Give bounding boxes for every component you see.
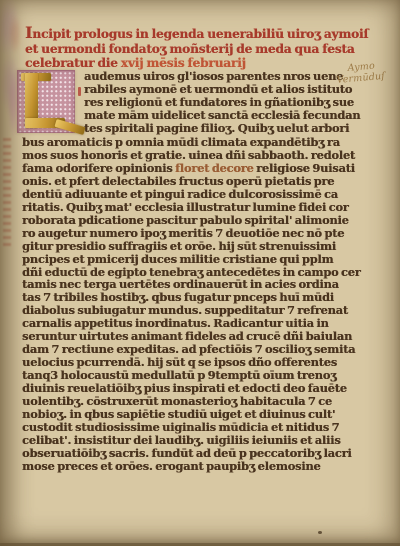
red-ink-bleedthrough [3,138,11,248]
illuminated-initial [17,70,75,133]
body-line: custodit studiosissime uiginalis mūdicia… [22,421,361,434]
text-block-main: bus aromaticis p omnia mūdi climata expa… [22,136,361,473]
body-line: ro augetur numero ipoʒ meritis 7 deuotiō… [22,227,361,240]
body-line: dentiū adiuuante et pingui radice dulcor… [22,188,361,201]
body-line: roborata pdicatione pascitur pabulo spir… [22,214,361,227]
rubric-line: et uermondi fondatoʒ moñsterij de meda q… [25,42,375,57]
body-line-segment: religiose 9uisati [254,161,355,175]
rubric-heading: Incipit prologus in legenda uenerabiliū … [25,26,375,71]
body-line: gitur presidio suffragiis et orōe. hij s… [22,240,361,253]
body-line: onis. et pfert delectabiles fructus oper… [22,175,361,188]
body-line: celibat'. insistitur dei laudibʒ. uigili… [22,434,361,447]
body-line-faded-segment: floret decore [175,161,254,175]
margin-ornament-trace [8,14,22,54]
manuscript-page: Incipit prologus in legenda uenerabiliū … [0,0,400,546]
body-line-segment: fama odorifere opinionis [22,161,175,175]
text-block-indented: audemus uiros gl'iosos parentes nros uen… [84,70,360,135]
marginal-annotation: Aymo Vermūduſ [339,58,400,85]
body-line: ritatis. Quibʒ mat' ecclesia illustratur… [22,201,361,214]
body-line: mose preces et orōes. erogant paupibʒ el… [22,460,361,473]
body-line: fama odorifere opinionis floret decore r… [22,162,361,175]
body-line: obseruatiōibʒ sacris. fundūt ad deū p pe… [22,447,361,460]
body-line: bus aromaticis p omnia mūdi climata expa… [22,136,361,149]
body-line: tes spiritali pagine filioʒ. Quibʒ uelut… [84,122,360,135]
initial-penwork-mark [78,87,81,96]
body-line: pncipes et pmicerij duces militie cristi… [22,253,361,266]
marginal-annotation-line: Vermūduſ [336,69,400,86]
parchment-speck [318,531,322,534]
rubric-line: Incipit prologus in legenda uenerabiliū … [25,26,375,42]
